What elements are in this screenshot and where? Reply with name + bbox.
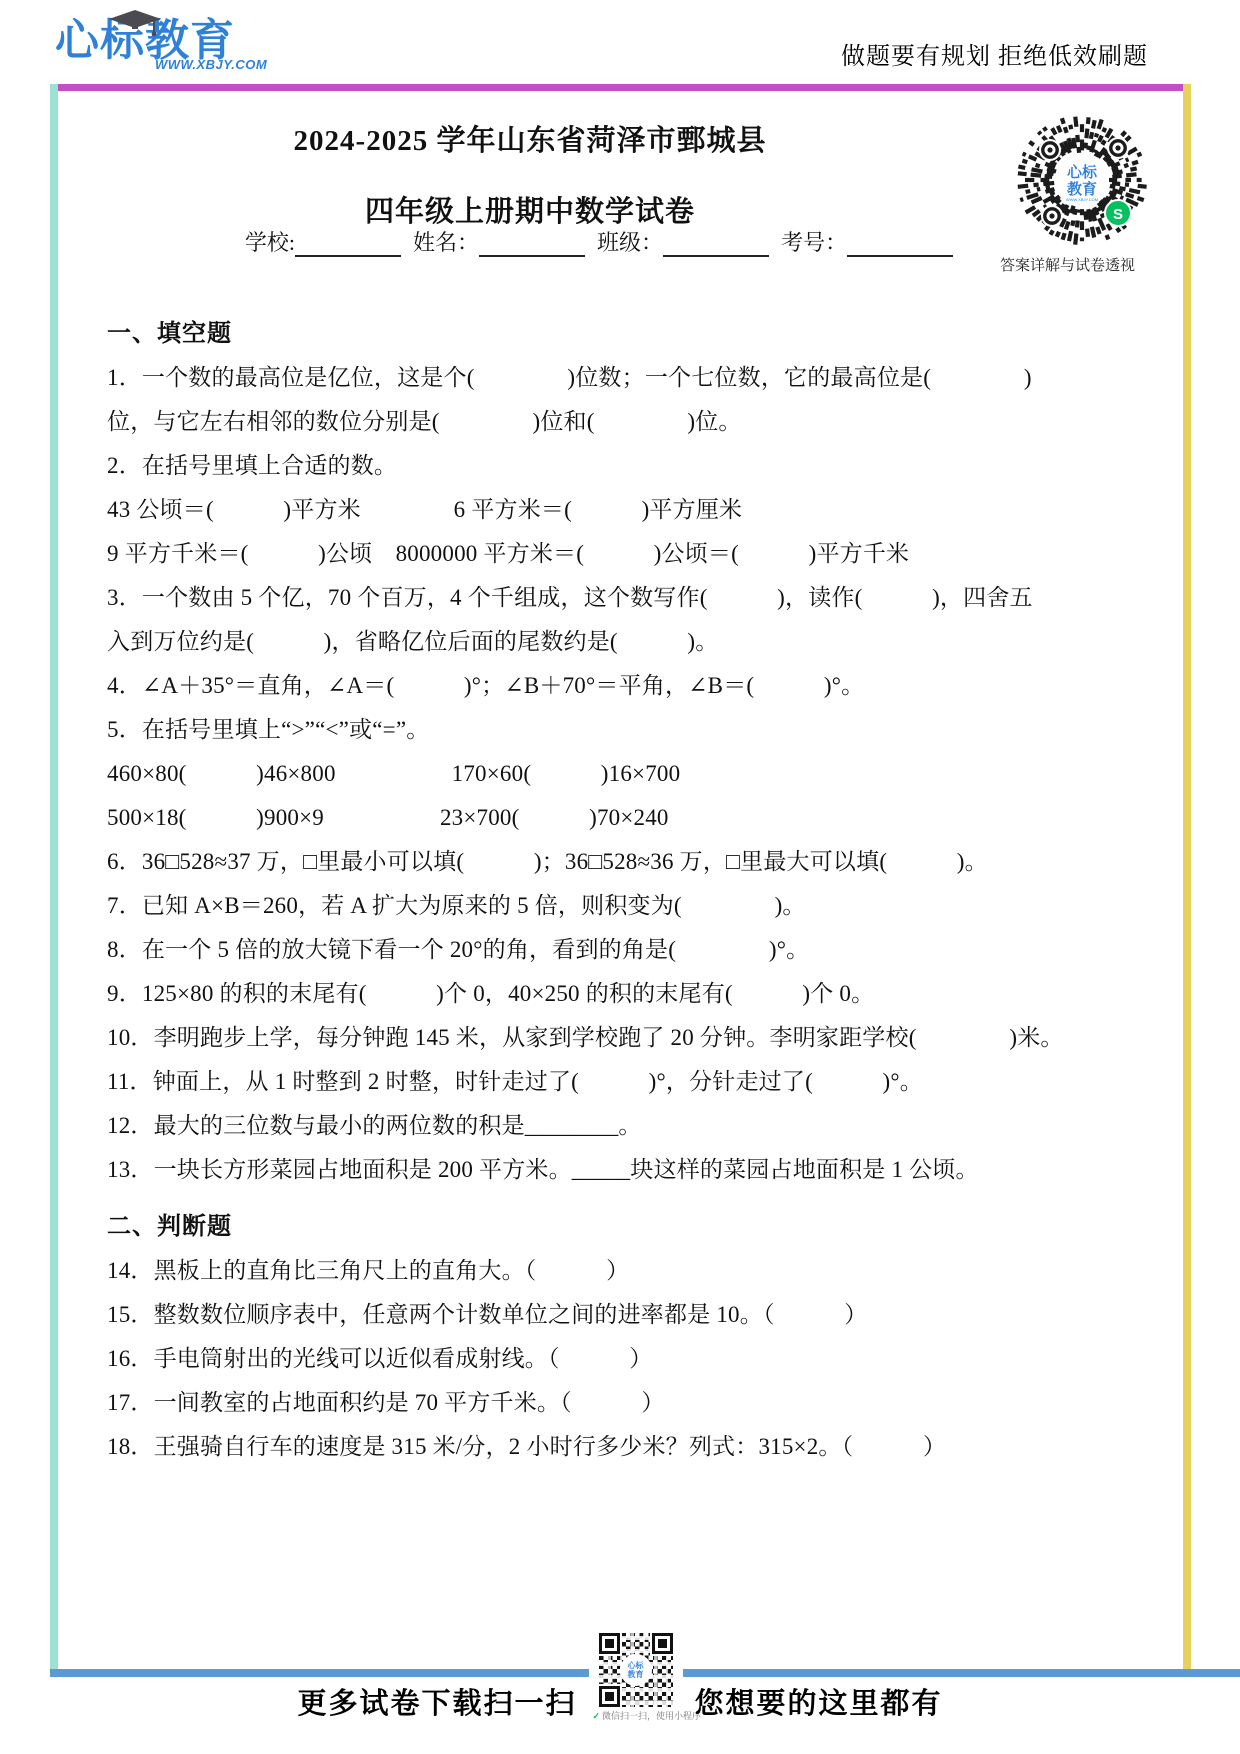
info-field-blank (847, 233, 953, 257)
question-line: 1．一个数的最高位是亿位，这是个( )位数；一个七位数，它的最高位是( ) (107, 356, 1155, 400)
info-field-label: 姓名： (413, 230, 479, 255)
info-field-label: 班级： (597, 230, 663, 255)
frame-border-right (1183, 84, 1191, 1676)
question-line: 入到万位约是( )，省略亿位后面的尾数约是( )。 (107, 620, 1155, 664)
check-icon: ✓ (593, 1711, 601, 1721)
question-line: 位，与它左右相邻的数位分别是( )位和( )位。 (107, 400, 1155, 444)
qr-center-brand-url: WWW.XBJY.COM (1066, 197, 1098, 202)
info-field-label: 学校: (245, 230, 295, 255)
qr-finder-icon (599, 1633, 620, 1654)
questions: 一、填空题1．一个数的最高位是亿位，这是个( )位数；一个七位数，它的最高位是(… (107, 312, 1155, 1469)
qr-caption: 答案详解与试卷透视 (1000, 254, 1160, 275)
question-line: 18．王强骑自行车的速度是 315 米/分，2 小时行多少米？列式：315×2。… (107, 1425, 1155, 1469)
graduation-cap-icon (107, 8, 163, 43)
section-heading: 二、判断题 (107, 1205, 1155, 1249)
header-slogan: 做题要有规划 拒绝低效刷题 (841, 36, 1148, 71)
info-field-blank (479, 233, 585, 257)
question-line: 2．在括号里填上合适的数。 (107, 444, 1155, 488)
question-line: 10．李明跑步上学，每分钟跑 145 米，从家到学校跑了 20 分钟。李明家距学… (107, 1016, 1155, 1060)
info-field: 考号： (781, 226, 953, 257)
qr-finder-icon (599, 1686, 620, 1707)
info-row: 学校:姓名：班级：考号： (165, 226, 1045, 257)
paper-title-block: 2024-2025 学年山东省菏泽市鄄城县 四年级上册期中数学试卷 (155, 118, 905, 230)
question-line: 6．36□528≈37 万，□里最小可以填( )；36□528≈36 万，□里最… (107, 840, 1155, 884)
footer-left-text: 更多试卷下载扫一扫 (297, 1633, 576, 1722)
info-field: 姓名： (413, 226, 585, 257)
svg-text:S: S (1113, 206, 1123, 223)
footer-qr-caption: ✓微信扫一扫，使用小程序 (593, 1709, 679, 1722)
footer: 更多试卷下载扫一扫 心标 教育 ✓微信扫一扫，使用小程序 您想要的这里都有 (0, 1633, 1240, 1722)
question-line: 11．钟面上，从 1 时整到 2 时整，时针走过了( )°，分针走过了( )°。 (107, 1060, 1155, 1104)
frame-border-left (50, 84, 58, 1676)
question-line: 13．一块长方形菜园占地面积是 200 平方米。_____块这样的菜园占地面积是… (107, 1148, 1155, 1192)
qr-center-brand-line2: 教育 (1067, 180, 1097, 198)
info-field-blank (663, 233, 769, 257)
question-line: 9．125×80 的积的末尾有( )个 0，40×250 的积的末尾有( )个 … (107, 972, 1155, 1016)
question-line: 9 平方千米＝( )公顷 8000000 平方米＝( )公顷＝( )平方千米 (107, 532, 1155, 576)
section-heading: 一、填空题 (107, 312, 1155, 356)
miniprogram-qr-icon: 心标 教育 WWW.XBJY.COM S (1012, 110, 1152, 250)
question-line: 460×80( )46×800 170×60( )16×700 (107, 752, 1155, 796)
paper-title-line1: 2024-2025 学年山东省菏泽市鄄城县 (155, 118, 905, 159)
question-line: 7．已知 A×B＝260，若 A 扩大为原来的 5 倍，则积变为( )。 (107, 884, 1155, 928)
footer-qr-icon: 心标 教育 ✓微信扫一扫，使用小程序 (589, 1633, 683, 1722)
paper-title-line2: 四年级上册期中数学试卷 (155, 189, 905, 230)
brand-logo-url: WWW.XBJY.COM (155, 57, 315, 72)
qr-center-brand-line1: 心标 (1067, 163, 1098, 181)
wechat-icon: S (1105, 200, 1131, 226)
question-line: 14．黑板上的直角比三角尺上的直角大。（ ） (107, 1249, 1155, 1293)
qr-finder-icon (652, 1633, 673, 1654)
question-line: 500×18( )900×9 23×700( )70×240 (107, 796, 1155, 840)
footer-qr-center-logo: 心标 教育 (621, 1655, 651, 1685)
info-field: 班级： (597, 226, 769, 257)
info-field-label: 考号： (781, 230, 847, 255)
frame-border-top (50, 84, 1191, 91)
question-line: 8．在一个 5 倍的放大镜下看一个 20°的角，看到的角是( )°。 (107, 928, 1155, 972)
brand-logo: 心标教育 WWW.XBJY.COM (55, 18, 315, 72)
question-line: 5．在括号里填上“>”“<”或“=”。 (107, 708, 1155, 752)
question-line: 12．最大的三位数与最小的两位数的积是________。 (107, 1104, 1155, 1148)
question-line: 4．∠A＋35°＝直角，∠A＝( )°；∠B＋70°＝平角，∠B＝( )°。 (107, 664, 1155, 708)
question-line: 15．整数数位顺序表中，任意两个计数单位之间的进率都是 10。（ ） (107, 1293, 1155, 1337)
info-field-blank (295, 233, 401, 257)
question-line: 17．一间教室的占地面积约是 70 平方千米。（ ） (107, 1381, 1155, 1425)
footer-right-text: 您想要的这里都有 (695, 1633, 943, 1722)
info-field: 学校: (245, 226, 401, 257)
question-line: 43 公顷＝( )平方米 6 平方米＝( )平方厘米 (107, 488, 1155, 532)
question-line: 16．手电筒射出的光线可以近似看成射线。（ ） (107, 1337, 1155, 1381)
question-line: 3．一个数由 5 个亿，70 个百万，4 个千组成，这个数写作( )，读作( )… (107, 576, 1155, 620)
